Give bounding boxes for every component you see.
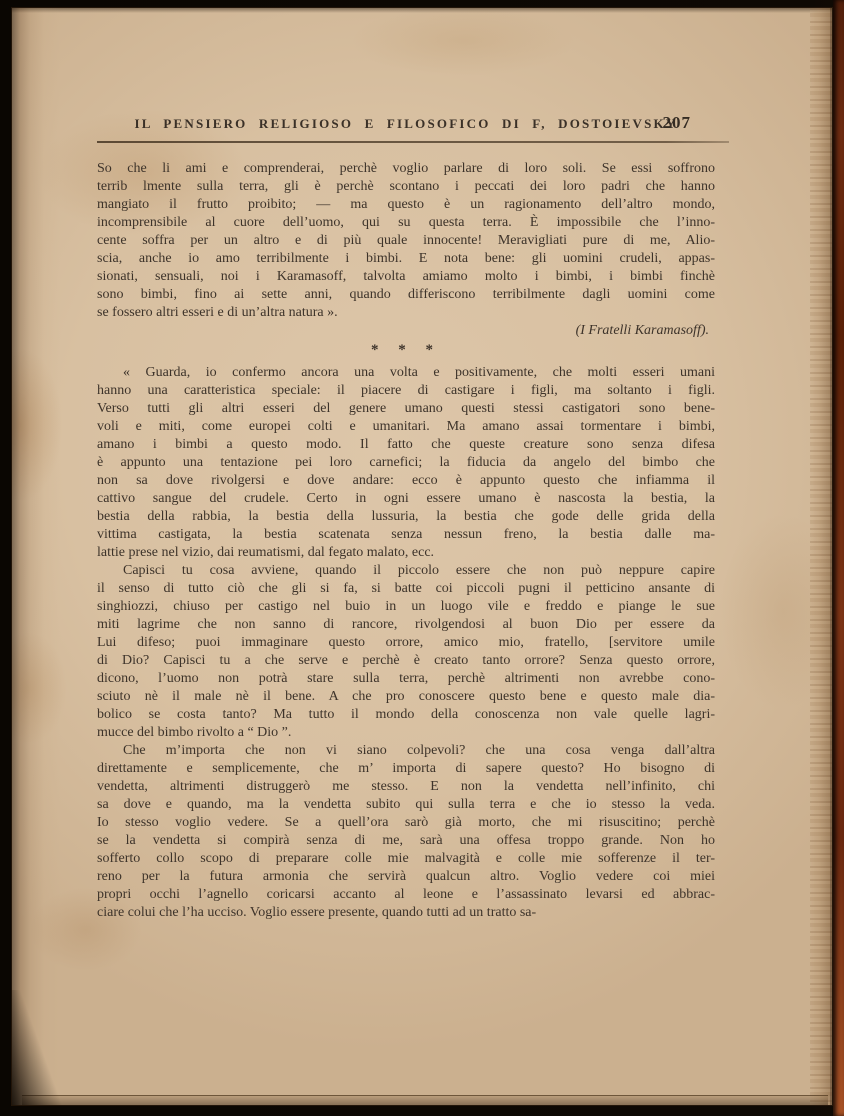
paragraph: Capisci tu cosa avviene, quando il picco… [97, 562, 715, 742]
text-line: mangiato il frutto proibito; — ma questo… [97, 196, 715, 214]
binding-gutter-shadow [12, 8, 60, 1105]
scanned-book-photo: IL PENSIERO RELIGIOSO E FILOSOFICO DI F,… [0, 0, 844, 1116]
text-line: Capisci tu cosa avviene, quando il picco… [97, 562, 715, 580]
text-line: dicono, l’uomo non potrà stare sulla ter… [97, 670, 715, 688]
text-line: sa dove e quando, ma la vendetta subito … [97, 796, 715, 814]
text-line: Verso tutti gli altri esseri del genere … [97, 400, 715, 418]
paragraph: « Guarda, io confermo ancora una volta e… [97, 364, 715, 562]
page-content: IL PENSIERO RELIGIOSO E FILOSOFICO DI F,… [97, 116, 715, 922]
text-line: ciare colui che l’ha ucciso. Voglio esse… [97, 904, 715, 922]
text-line: Lui difeso; puoi immaginare questo orror… [97, 634, 715, 652]
page-top-edge [12, 8, 832, 13]
page-deckle-edge [810, 8, 832, 1105]
text-line: sciuto nè il male nè il bene. A che pro … [97, 688, 715, 706]
text-line: è appunto una tentazione pei loro carnef… [97, 454, 715, 472]
header-title: IL PENSIERO RELIGIOSO E FILOSOFICO DI F,… [97, 116, 715, 132]
page-bottom-edge [22, 1095, 828, 1105]
text-line: cente soffra per un altro e di più quale… [97, 232, 715, 250]
text-line: terrib lmente sulla terra, gli è perchè … [97, 178, 715, 196]
book-page: IL PENSIERO RELIGIOSO E FILOSOFICO DI F,… [12, 8, 832, 1105]
section-separator: * * * [97, 340, 715, 364]
paragraph: So che li ami e comprenderai, perchè vog… [97, 160, 715, 322]
text-line: Che m’importa che non vi siano colpevoli… [97, 742, 715, 760]
text-line: « Guarda, io confermo ancora una volta e… [97, 364, 715, 382]
text-line: bolico se costa tanto? Ma tutto il mondo… [97, 706, 715, 724]
text-line: cattivo sangue del crudele. Certo in ogn… [97, 490, 715, 508]
text-line: incomprensibile al cuore dell’uomo, qui … [97, 214, 715, 232]
text-line: bestia della rabbia, la bestia della lus… [97, 508, 715, 526]
text-line: voli e miti, come europei colti e umanit… [97, 418, 715, 436]
quote-attribution: (I Fratelli Karamasoff). [97, 322, 715, 340]
page-corner-shadow [12, 990, 82, 1105]
text-line: sionati, sensuali, noi i Karamasoff, tal… [97, 268, 715, 286]
text-line: vittima castigata, la bestia scatenata s… [97, 526, 715, 544]
text-line: mucce del bimbo rivolto a “ Dio ”. [97, 724, 715, 742]
text-line: So che li ami e comprenderai, perchè vog… [97, 160, 715, 178]
body-text: So che li ami e comprenderai, perchè vog… [97, 160, 715, 922]
text-line: se fossero altri esseri e di un’altra na… [97, 304, 715, 322]
header-rule [97, 141, 729, 143]
text-line: sono bimbi, fino ai sette anni, quando d… [97, 286, 715, 304]
text-line: lattie prese nel vizio, dai reumatismi, … [97, 544, 715, 562]
paragraph: Che m’importa che non vi siano colpevoli… [97, 742, 715, 922]
text-line: propri occhi l’agnello coricarsi accanto… [97, 886, 715, 904]
text-line: scia, anche io amo terribilmente i bimbi… [97, 250, 715, 268]
text-line: il senso di tutto ciò che gli si fa, si … [97, 580, 715, 598]
book-cover-edge [833, 0, 844, 1116]
running-header: IL PENSIERO RELIGIOSO E FILOSOFICO DI F,… [97, 116, 715, 134]
page-number: 207 [663, 113, 692, 133]
text-line: di Dio? Capisci tu a che serve e perchè … [97, 652, 715, 670]
text-line: singhiozzi, chiuso per castigo nel buio … [97, 598, 715, 616]
text-line: Io stesso voglio vedere. Se a quell’ora … [97, 814, 715, 832]
text-line: se la vendetta si compirà senza di me, s… [97, 832, 715, 850]
text-line: miti lagrime che non sanno di rancore, r… [97, 616, 715, 634]
text-line: hanno una caratteristica speciale: il pi… [97, 382, 715, 400]
text-line: amano i bimbi a questo modo. Il fatto ch… [97, 436, 715, 454]
text-line: sofferto collo scopo di preparare colle … [97, 850, 715, 868]
text-line: vendetta, altrimenti distruggerò me stes… [97, 778, 715, 796]
text-line: direttamente e semplicemente, che m’ imp… [97, 760, 715, 778]
text-line: reno per la futura armonia che servirà q… [97, 868, 715, 886]
text-line: non sa dove rivolgersi e dove andare: ec… [97, 472, 715, 490]
